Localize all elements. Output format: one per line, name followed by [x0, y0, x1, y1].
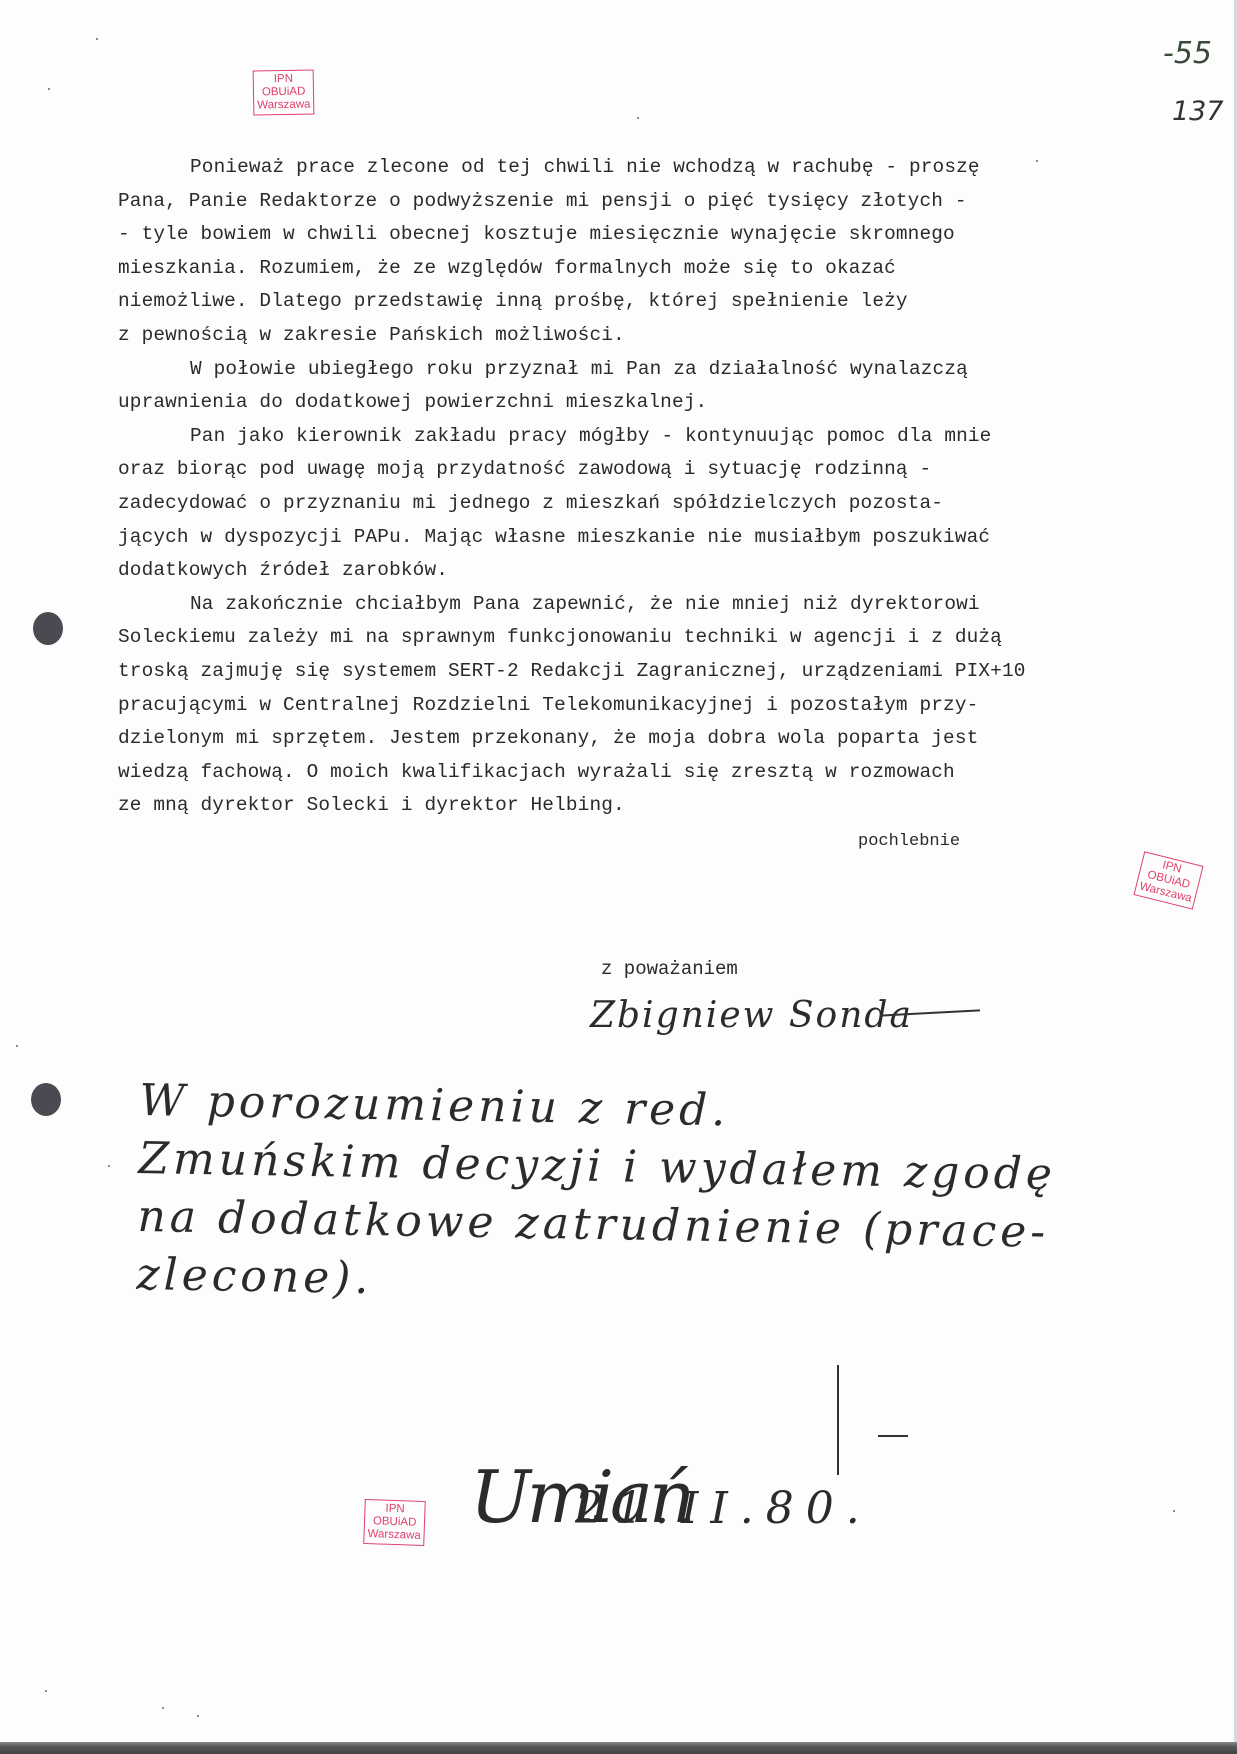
punch-hole-bottom [31, 1083, 61, 1116]
archive-folio-mark: -55 [1163, 36, 1212, 71]
letter-line: dzielonym mi sprzętem. Jestem przekonany… [118, 722, 1118, 756]
author-signature: Zbigniew Sonda [590, 995, 913, 1036]
scan-speck [1036, 160, 1038, 162]
letter-line: wiedzą fachową. O moich kwalifikacjach w… [118, 756, 1118, 790]
scan-speck [637, 117, 639, 119]
closing-salutation: z poważaniem [601, 958, 738, 980]
letter-line: pracującymi w Centralnej Rozdzielni Tele… [118, 689, 1118, 723]
archive-stamp-bottom: IPN OBUiAD Warszawa [363, 1499, 426, 1546]
handwritten-date: 21.II.80. [575, 1483, 872, 1534]
scanned-document-page: -55 137 IPN OBUiAD Warszawa IPN OBUiAD W… [0, 0, 1237, 1754]
letter-line: zadecydować o przyznaniu mi jednego z mi… [118, 487, 1118, 521]
letter-body: Ponieważ prace zlecone od tej chwili nie… [118, 151, 1118, 823]
letter-line: Pan jako kierownik zakładu pracy mógłby … [118, 420, 1118, 454]
scan-speck [1173, 1510, 1175, 1512]
archive-stamp-right: IPN OBUiAD Warszawa [1133, 851, 1203, 909]
scanner-bed-edge [0, 1742, 1237, 1754]
letter-line: oraz biorąc pod uwagę moją przydatność z… [118, 453, 1118, 487]
scan-speck [108, 1165, 110, 1167]
stamp-line: OBUiAD [257, 86, 310, 100]
letter-line: Pana, Panie Redaktorze o podwyższenie mi… [118, 185, 1118, 219]
letter-line: Na zakończnie chciałbym Pana zapewnić, ż… [118, 588, 1118, 622]
stamp-line: IPN [257, 73, 310, 87]
signature-dash [878, 1435, 908, 1437]
letter-line: mieszkania. Rozumiem, że ze względów for… [118, 252, 1118, 286]
letter-line: niemożliwe. Dlatego przedstawię inną pro… [118, 285, 1118, 319]
archive-page-number: 137 [1172, 96, 1224, 127]
letter-line: z pewnością w zakresie Pańskich możliwoś… [118, 319, 1118, 353]
letter-line: W połowie ubiegłego roku przyznał mi Pan… [118, 353, 1118, 387]
letter-line: troską zajmuję się systemem SERT-2 Redak… [118, 655, 1118, 689]
scan-speck [48, 88, 50, 90]
letter-line: Ponieważ prace zlecone od tej chwili nie… [118, 151, 1118, 185]
handwritten-annotation: W porozumieniu z red.Zmuńskim decyzji i … [136, 1072, 1058, 1320]
signature-stroke [837, 1365, 839, 1475]
punch-hole-top [33, 612, 63, 645]
letter-line: uprawnienia do dodatkowej powierzchni mi… [118, 386, 1118, 420]
scan-speck [45, 1690, 47, 1692]
stamp-line: Warszawa [367, 1528, 421, 1543]
interlinear-insertion: pochlebnie [858, 832, 960, 851]
letter-line: ze mną dyrektor Solecki i dyrektor Helbi… [118, 789, 1118, 823]
letter-line: dodatkowych źródeł zarobków. [118, 554, 1118, 588]
scan-speck [162, 1707, 164, 1709]
letter-line: jących w dyspozycji PAPu. Mając własne m… [118, 521, 1118, 555]
scan-speck [16, 1045, 18, 1047]
scan-speck [197, 1715, 199, 1717]
archive-stamp-top: IPN OBUiAD Warszawa [253, 69, 315, 115]
letter-line: - tyle bowiem w chwili obecnej kosztuje … [118, 218, 1118, 252]
stamp-line: Warszawa [257, 99, 310, 113]
scan-speck [96, 38, 98, 40]
letter-line: Soleckiemu zależy mi na sprawnym funkcjo… [118, 621, 1118, 655]
